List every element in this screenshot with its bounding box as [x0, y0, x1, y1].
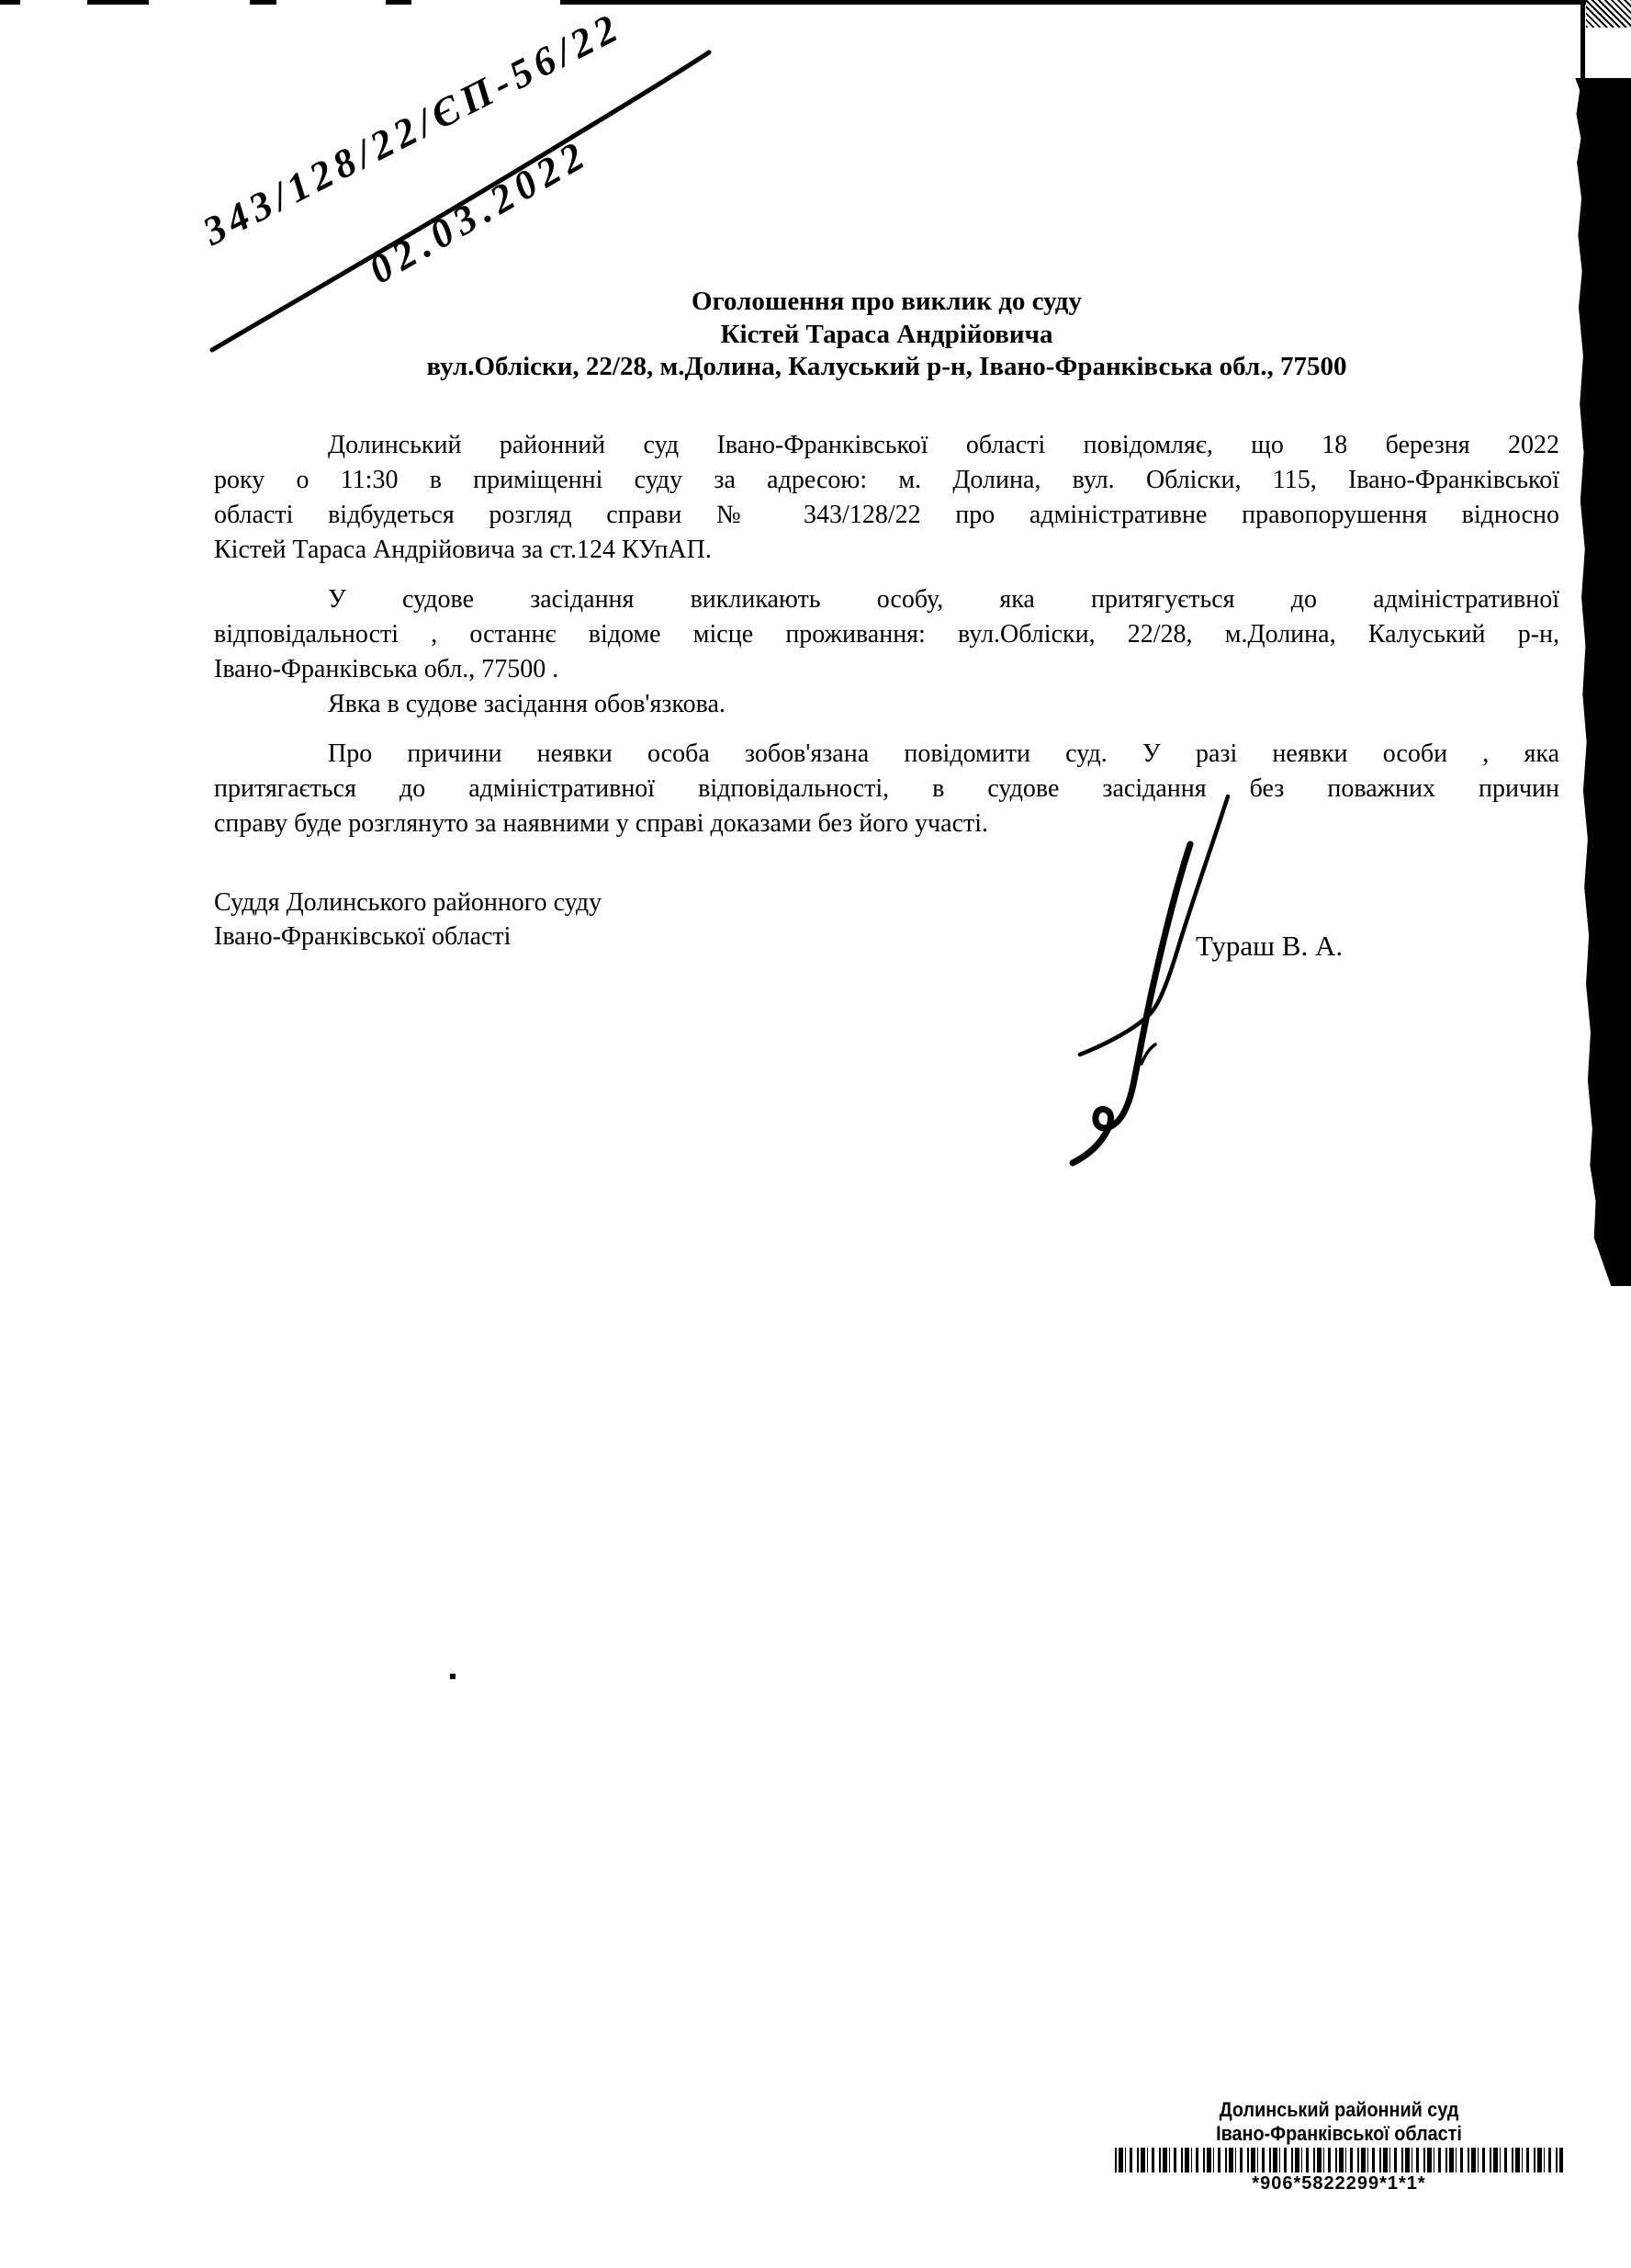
scan-artifact-corner-noise	[1586, 0, 1631, 28]
addressee-name: Кістей Тараса Андрійовича	[214, 319, 1559, 352]
scan-artifact-right-black-bar	[1574, 78, 1631, 1286]
handwritten-case-number: 343/128/22/ЄП-56/22	[196, 3, 632, 259]
scan-artifact-top-line	[0, 0, 1631, 5]
barcode-image	[1115, 2148, 1563, 2172]
body-line: відповідальності , останнє відоме місце …	[214, 617, 1559, 652]
body-line: Про причини неявки особа зобов'язана пов…	[214, 737, 1559, 772]
document-body: Долинський районний суд Івано-Франківськ…	[214, 428, 1559, 841]
body-line: Явка в судове засідання обов'язкова.	[214, 687, 1559, 722]
paragraph-absence-consequences: Про причини неявки особа зобов'язана пов…	[214, 737, 1559, 841]
judge-role-line1: Суддя Долинського районного суду	[214, 886, 602, 920]
body-line: Івано-Франківська обл., 77500 .	[214, 652, 1559, 687]
body-line: притягається до адміністративної відпові…	[214, 772, 1559, 807]
signature-role-block: Суддя Долинського районного суду Івано-Ф…	[214, 886, 602, 953]
document-heading: Оголошення про виклик до суду Кістей Тар…	[214, 286, 1559, 384]
scan-artifact-edge-line	[1580, 0, 1585, 81]
scan-artifact-ink-dot	[450, 1674, 456, 1679]
body-line: справу буде розглянуто за наявними у спр…	[214, 807, 1559, 841]
paragraph-summoned-person: У судове засідання викликають особу, яка…	[214, 582, 1559, 687]
stamp-court-name-line2: Івано-Франківської області	[1136, 2122, 1543, 2146]
body-line: року о 11:30 в приміщенні суду за адресо…	[214, 463, 1559, 498]
body-line: області відбудеться розгляд справи № 343…	[214, 498, 1559, 533]
judge-name: Тураш В. А.	[1196, 930, 1343, 963]
barcode-value: *906*5822299*1*1*	[1113, 2173, 1565, 2195]
stamp-court-name-line1: Долинський районний суд	[1136, 2098, 1543, 2122]
signature-tick-stroke	[1142, 1044, 1155, 1064]
judge-role-line2: Івано-Франківської області	[214, 920, 602, 953]
body-line: У судове засідання викликають особу, яка…	[214, 582, 1559, 617]
document-title: Оголошення про виклик до суду	[214, 286, 1559, 319]
paragraph-hearing-notice: Долинський районний суд Івано-Франківськ…	[214, 428, 1559, 568]
addressee-address: вул.Обліски, 22/28, м.Долина, Калуський …	[214, 351, 1559, 384]
court-barcode-stamp: Долинський районний суд Івано-Франківськ…	[1113, 2098, 1565, 2195]
body-line: Долинський районний суд Івано-Франківськ…	[214, 428, 1559, 463]
signature-stroke-main	[1073, 844, 1190, 1163]
body-line: Кістей Тараса Андрійовича за ст.124 КУпА…	[214, 533, 1559, 568]
paragraph-attendance-mandatory: Явка в судове засідання обов'язкова.	[214, 687, 1559, 722]
scanned-court-summons-page: 343/128/22/ЄП-56/22 02.03.2022 Оголошенн…	[0, 0, 1631, 2268]
